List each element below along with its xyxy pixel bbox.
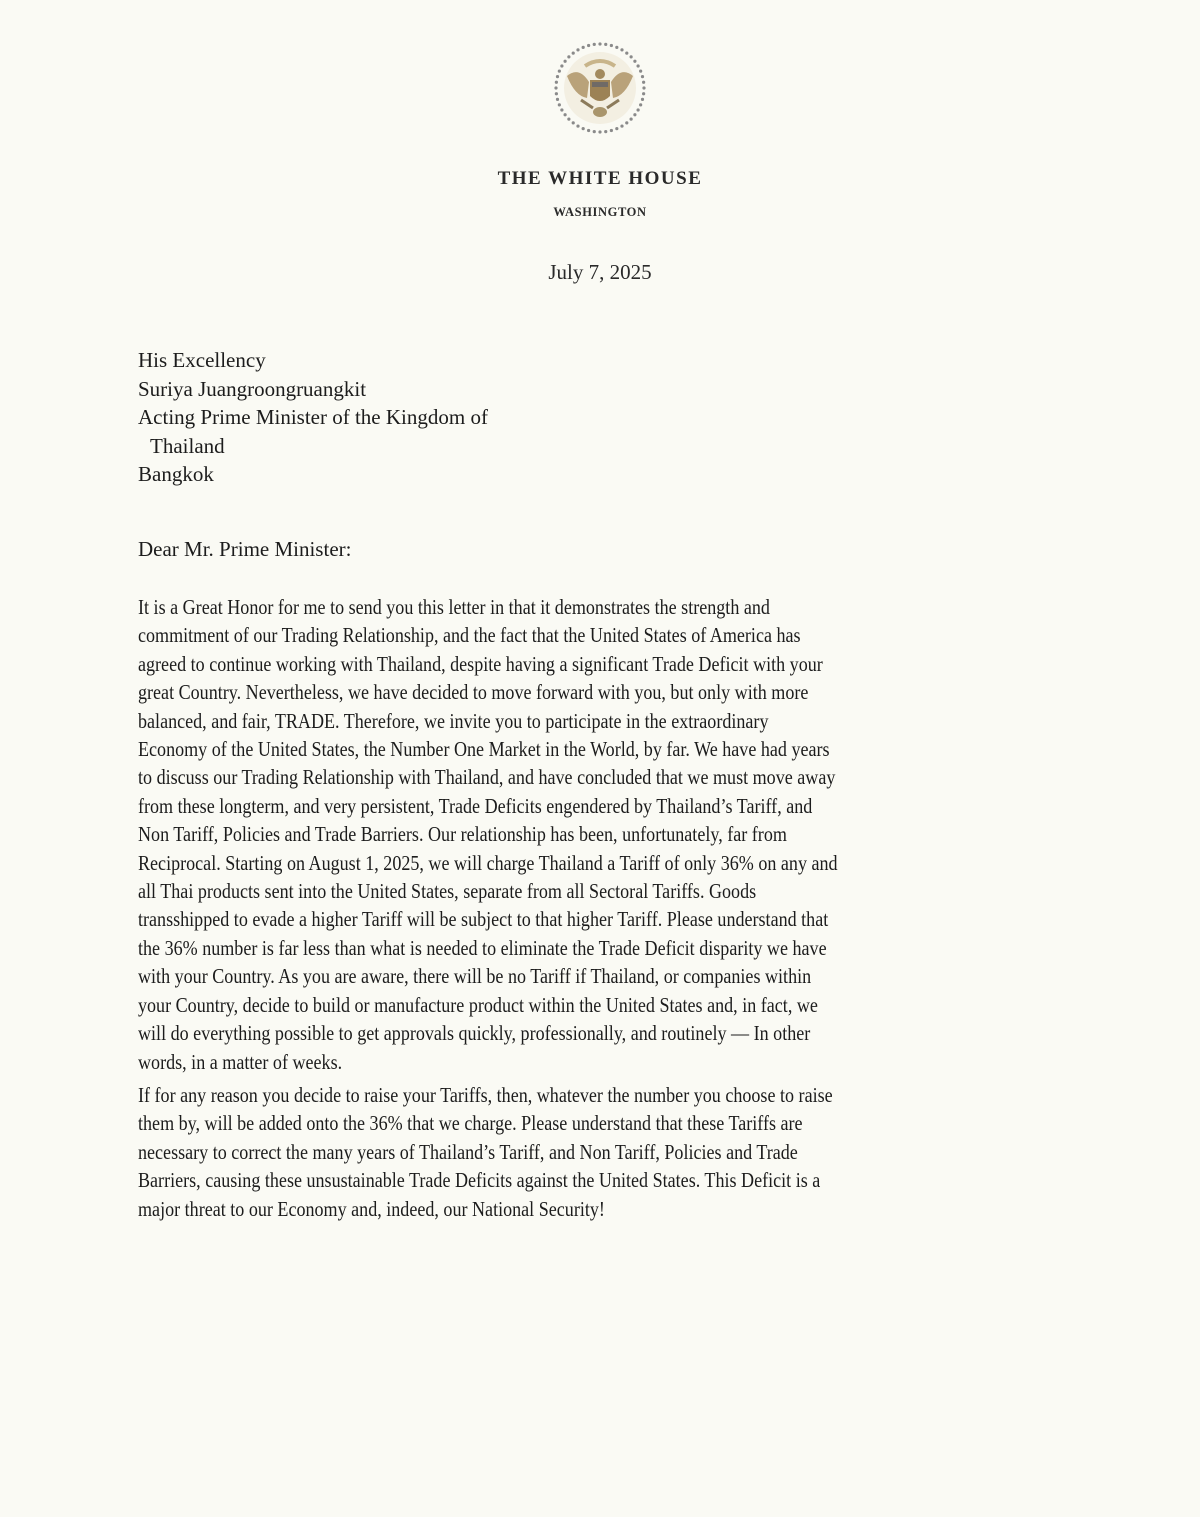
paragraph-line: balanced, and fair, TRADE. Therefore, we… [138, 707, 1067, 735]
paragraph-line: the 36% number is far less than what is … [138, 934, 1067, 962]
paragraph-line: Reciprocal. Starting on August 1, 2025, … [138, 849, 1067, 877]
paragraph-line: necessary to correct the many years of T… [138, 1138, 1067, 1166]
paragraph-line: great Country. Nevertheless, we have dec… [138, 678, 1067, 706]
letter-date: July 7, 2025 [0, 260, 1200, 285]
recipient-address: His Excellency Suriya Juangroongruangkit… [138, 346, 488, 489]
letterhead-title: THE WHITE HOUSE [0, 168, 1200, 190]
paragraph-line: commitment of our Trading Relationship, … [138, 621, 1067, 649]
paragraph-line: Barriers, causing these unsustainable Tr… [138, 1166, 1067, 1194]
paragraph-line: them by, will be added onto the 36% that… [138, 1109, 1067, 1137]
paragraph-line: your Country, decide to build or manufac… [138, 991, 1067, 1019]
recipient-honorific: His Excellency [138, 346, 488, 375]
body-paragraph-1: It is a Great Honor for me to send you t… [138, 593, 1200, 1076]
paragraph-line: with your Country. As you are aware, the… [138, 962, 1067, 990]
paragraph-line: Economy of the United States, the Number… [138, 735, 1067, 763]
recipient-title: Acting Prime Minister of the Kingdom of [138, 403, 488, 432]
paragraph-line: all Thai products sent into the United S… [138, 877, 1067, 905]
letterhead-subtitle: WASHINGTON [0, 205, 1200, 220]
paragraph-line: It is a Great Honor for me to send you t… [138, 593, 1067, 621]
recipient-title-cont: Thailand [138, 432, 488, 461]
paragraph-line: from these longterm, and very persistent… [138, 792, 1067, 820]
paragraph-line: words, in a matter of weeks. [138, 1048, 1067, 1076]
salutation: Dear Mr. Prime Minister: [138, 537, 351, 562]
recipient-name: Suriya Juangroongruangkit [138, 375, 488, 404]
paragraph-line: transshipped to evade a higher Tariff wi… [138, 905, 1067, 933]
paragraph-line: If for any reason you decide to raise yo… [138, 1081, 1067, 1109]
paragraph-line: will do everything possible to get appro… [138, 1019, 1067, 1047]
paragraph-line: to discuss our Trading Relationship with… [138, 763, 1067, 791]
paragraph-line: Non Tariff, Policies and Trade Barriers.… [138, 820, 1067, 848]
recipient-city: Bangkok [138, 460, 488, 489]
presidential-seal-icon [545, 38, 655, 138]
paragraph-line: major threat to our Economy and, indeed,… [138, 1195, 1067, 1223]
body-paragraph-2: If for any reason you decide to raise yo… [138, 1081, 1200, 1223]
paragraph-line: agreed to continue working with Thailand… [138, 650, 1067, 678]
